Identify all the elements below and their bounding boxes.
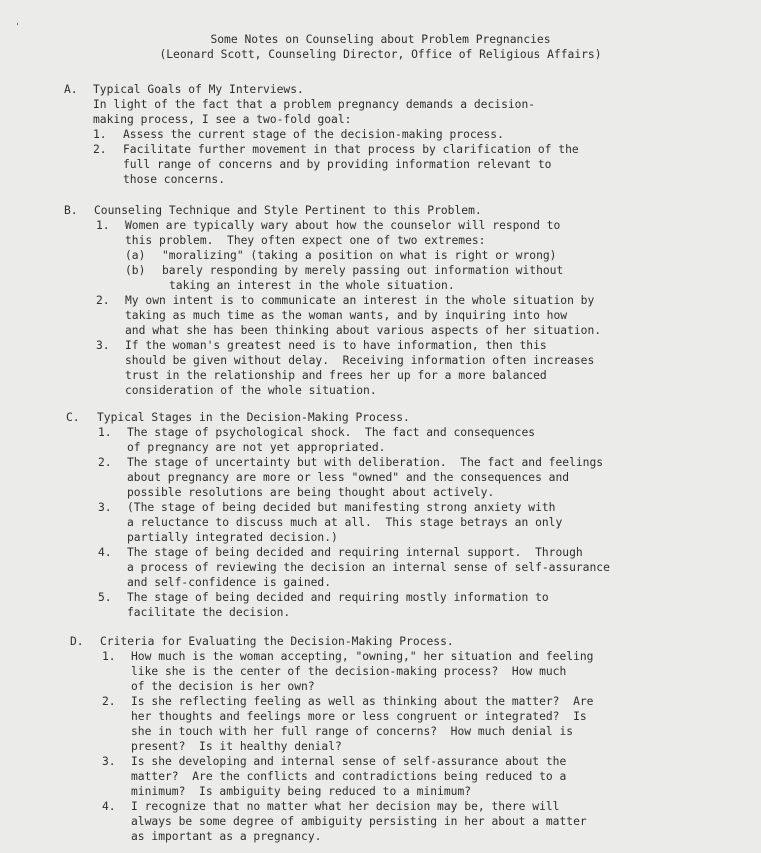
- item-text-line: always be some degree of ambiguity persi…: [131, 814, 587, 829]
- item-text-line: Assess the current stage of the decision…: [123, 127, 504, 142]
- item-text-line: The stage of psychological shock. The fa…: [127, 425, 535, 440]
- item-text-line: this problem. They often expect one of t…: [125, 233, 485, 248]
- item-text-line: Is she developing and internal sense of …: [131, 754, 566, 769]
- item-text-line: trust in the relationship and frees her …: [125, 368, 547, 383]
- section-letter: D.: [70, 634, 84, 649]
- item-number: 3.: [102, 754, 116, 769]
- item-number: 1.: [98, 425, 112, 440]
- item-text-line: present? Is it healthy denial?: [131, 739, 342, 754]
- section-intro-line: In light of the fact that a problem preg…: [93, 97, 535, 112]
- item-number: 3.: [98, 500, 112, 515]
- section-heading: Typical Goals of My Interviews.: [93, 82, 304, 97]
- item-text-line: should be given without delay. Receiving…: [125, 353, 594, 368]
- section-letter: C.: [66, 410, 80, 425]
- item-text-line: partially integrated decision.): [127, 530, 338, 545]
- document-page: ' Some Notes on Counseling about Problem…: [0, 0, 761, 853]
- item-number: 4.: [98, 545, 112, 560]
- stray-mark: ': [15, 22, 20, 31]
- item-text-line: My own intent is to communicate an inter…: [125, 293, 594, 308]
- item-number: 2.: [102, 694, 116, 709]
- item-text-line: matter? Are the conflicts and contradict…: [131, 769, 566, 784]
- item-number: 1.: [102, 649, 116, 664]
- subitem-label: (b): [125, 263, 145, 278]
- item-text-line: The stage of being decided and requiring…: [127, 545, 583, 560]
- item-text-line: facilitate the decision.: [127, 605, 290, 620]
- item-number: 3.: [96, 338, 110, 353]
- item-number: 1.: [93, 127, 107, 142]
- item-text-line: and self-confidence is gained.: [127, 575, 331, 590]
- item-text-line: of the decision is her own?: [131, 679, 315, 694]
- item-text-line: Is she reflecting feeling as well as thi…: [131, 694, 594, 709]
- subitem-text-line: barely responding by merely passing out …: [162, 263, 563, 278]
- item-text-line: The stage of being decided and requiring…: [127, 590, 549, 605]
- item-text-line: taking as much time as the woman wants, …: [125, 308, 567, 323]
- item-number: 2.: [96, 293, 110, 308]
- section-letter: B.: [64, 203, 78, 218]
- item-number: 2.: [98, 455, 112, 470]
- item-text-line: I recognize that no matter what her deci…: [131, 799, 559, 814]
- item-text-line: like she is the center of the decision-m…: [131, 664, 566, 679]
- subitem-text-line: taking an interest in the whole situatio…: [169, 278, 455, 293]
- item-text-line: and what she has been thinking about var…: [125, 323, 601, 338]
- item-text-line: Facilitate further movement in that proc…: [123, 142, 579, 157]
- section-heading: Typical Stages in the Decision-Making Pr…: [97, 410, 410, 425]
- subitem-label: (a): [125, 248, 145, 263]
- document-title: Some Notes on Counseling about Problem P…: [0, 33, 761, 46]
- item-text-line: The stage of uncertainty but with delibe…: [127, 455, 603, 470]
- item-text-line: a reluctance to discuss much at all. Thi…: [127, 515, 562, 530]
- item-number: 5.: [98, 590, 112, 605]
- item-number: 4.: [102, 799, 116, 814]
- item-text-line: about pregnancy are more or less "owned"…: [127, 470, 569, 485]
- section-letter: A.: [64, 82, 78, 97]
- item-text-line: she in touch with her full range of conc…: [131, 724, 573, 739]
- item-text-line: her thoughts and feelings more or less c…: [131, 709, 587, 724]
- item-text-line: consideration of the whole situation.: [125, 383, 377, 398]
- item-number: 1.: [96, 218, 110, 233]
- item-text-line: possible resolutions are being thought a…: [127, 485, 494, 500]
- section-heading: Counseling Technique and Style Pertinent…: [94, 203, 482, 218]
- section-heading: Criteria for Evaluating the Decision-Mak…: [100, 634, 454, 649]
- item-text-line: full range of concerns and by providing …: [123, 157, 551, 172]
- section-intro-line: making process, I see a two-fold goal:: [93, 112, 351, 127]
- item-text-line: as important as a pregnancy.: [131, 829, 321, 844]
- document-subtitle: (Leonard Scott, Counseling Director, Off…: [0, 48, 761, 61]
- item-number: 2.: [93, 142, 107, 157]
- item-text-line: (The stage of being decided but manifest…: [127, 500, 555, 515]
- item-text-line: If the woman's greatest need is to have …: [125, 338, 547, 353]
- subitem-text-line: "moralizing" (taking a position on what …: [162, 248, 556, 263]
- item-text-line: How much is the woman accepting, "owning…: [131, 649, 594, 664]
- item-text-line: Women are typically wary about how the c…: [125, 218, 560, 233]
- item-text-line: a process of reviewing the decision an i…: [127, 560, 610, 575]
- item-text-line: those concerns.: [123, 172, 225, 187]
- item-text-line: minimum? Is ambiguity being reduced to a…: [131, 784, 471, 799]
- item-text-line: of pregnancy are not yet appropriated.: [127, 440, 385, 455]
